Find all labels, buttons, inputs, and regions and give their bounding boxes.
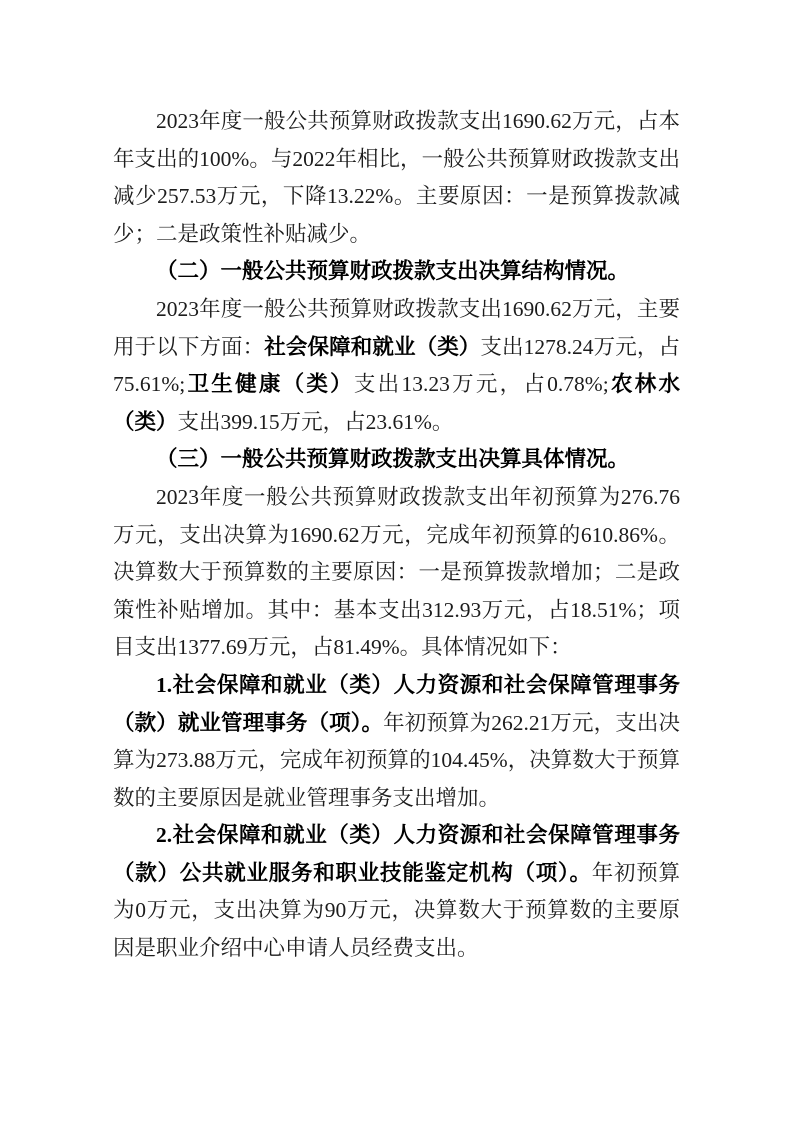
paragraph-text: 支出399.15万元，占23.61%。 <box>178 410 454 434</box>
category-social-security-label: 社会保障和就业（类） <box>264 335 480 359</box>
paragraph-text: 支出13.23万元，占0.78%; <box>354 372 609 396</box>
section-heading-3: （三）一般公共预算财政拨款支出决算具体情况。 <box>113 441 680 479</box>
section-heading-text: （二）一般公共预算财政拨款支出决算结构情况。 <box>156 259 629 283</box>
paragraph-text: 2023年度一般公共预算财政拨款支出1690.62万元，占本年支出的100%。与… <box>113 109 680 246</box>
paragraph-expenditure-structure: 2023年度一般公共预算财政拨款支出1690.62万元，主要用于以下方面：社会保… <box>113 291 680 441</box>
paragraph-detail-overview: 2023年度一般公共预算财政拨款支出年初预算为276.76万元，支出决算为169… <box>113 479 680 667</box>
paragraph-item-1: 1.社会保障和就业（类）人力资源和社会保障管理事务（款）就业管理事务（项）。年初… <box>113 667 680 817</box>
document-page: 2023年度一般公共预算财政拨款支出1690.62万元，占本年支出的100%。与… <box>113 103 680 968</box>
paragraph-expenditure-overview: 2023年度一般公共预算财政拨款支出1690.62万元，占本年支出的100%。与… <box>113 103 680 253</box>
category-health-label: 卫生健康（类） <box>185 372 354 396</box>
section-heading-text: （三）一般公共预算财政拨款支出决算具体情况。 <box>156 447 629 471</box>
paragraph-item-2: 2.社会保障和就业（类）人力资源和社会保障管理事务（款）公共就业服务和职业技能鉴… <box>113 817 680 967</box>
section-heading-2: （二）一般公共预算财政拨款支出决算结构情况。 <box>113 253 680 291</box>
paragraph-text: 2023年度一般公共预算财政拨款支出年初预算为276.76万元，支出决算为169… <box>113 485 680 659</box>
